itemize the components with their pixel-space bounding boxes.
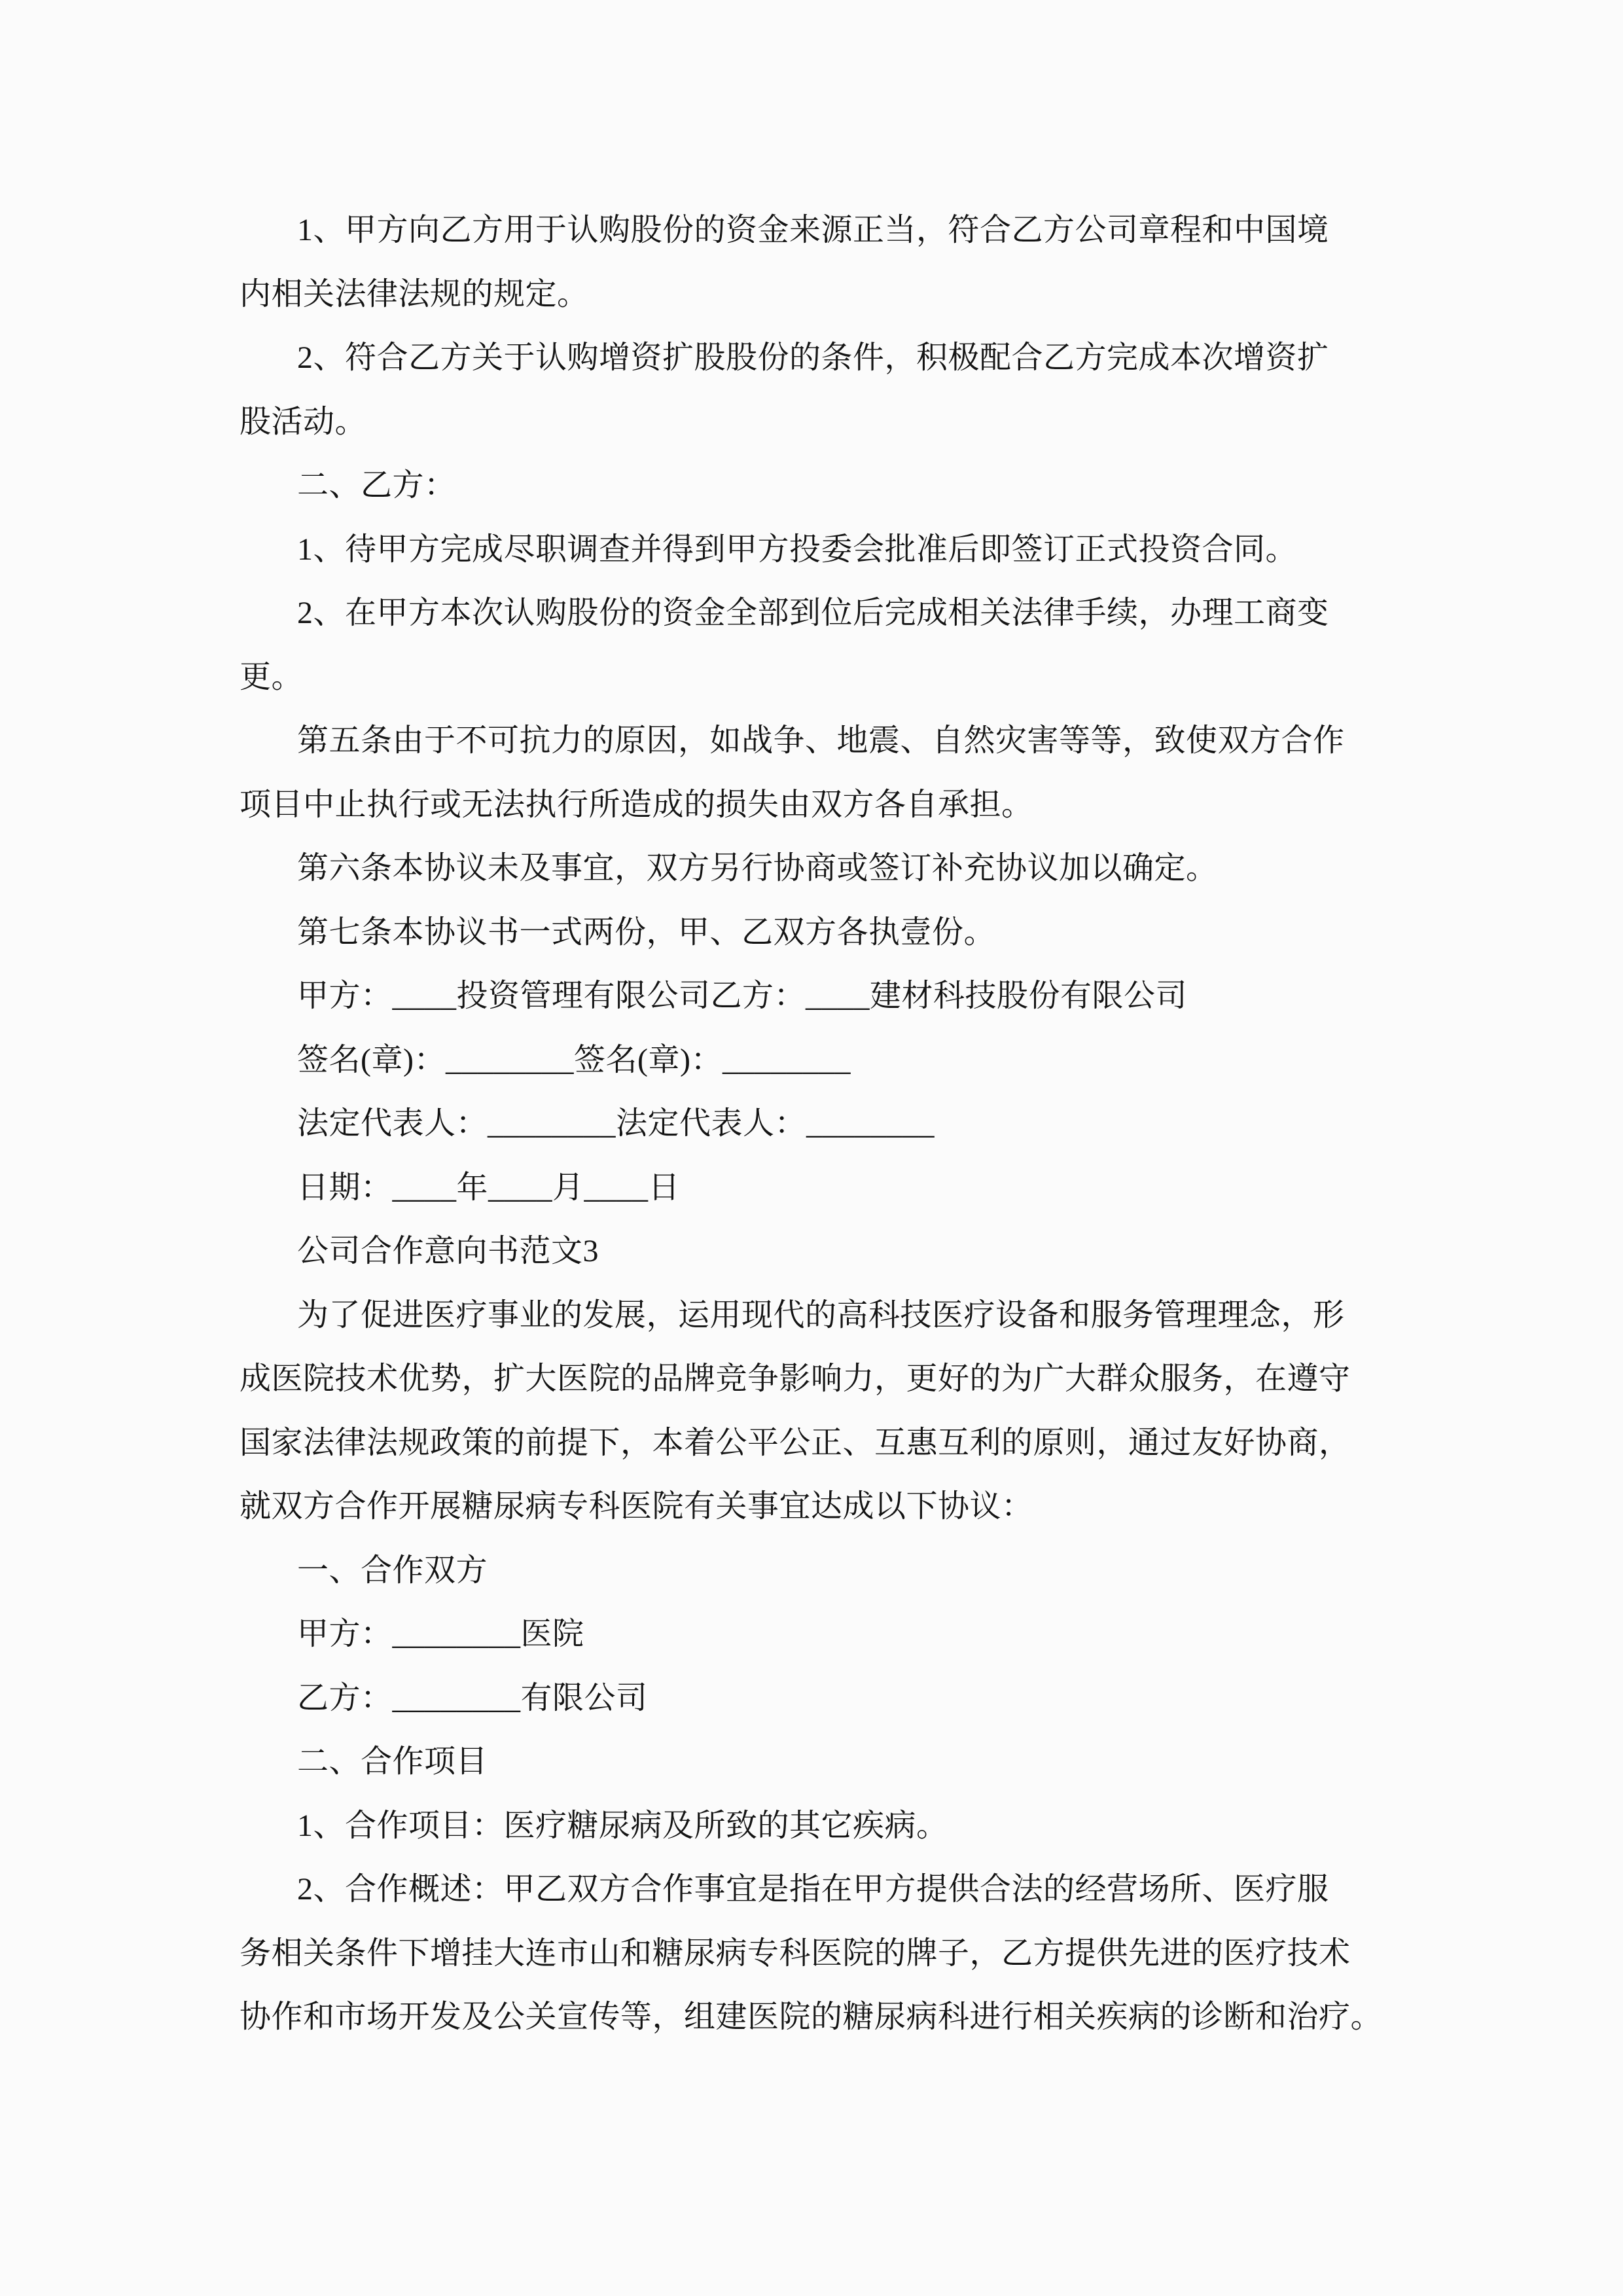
text-line: 股活动。 xyxy=(240,390,1411,454)
text-line: 协作和市场开发及公关宣传等，组建医院的糖尿病科进行相关疾病的诊断和治疗。 xyxy=(240,1985,1411,2049)
document-page: 1、甲方向乙方用于认购股份的资金来源正当，符合乙方公司章程和中国境内相关法律法规… xyxy=(0,0,1623,2296)
text-line: 第六条本协议未及事宜，双方另行协商或签订补充协议加以确定。 xyxy=(240,836,1411,901)
text-line: 甲方：____投资管理有限公司乙方：____建材科技股份有限公司 xyxy=(240,964,1411,1028)
text-line: 2、在甲方本次认购股份的资金全部到位后完成相关法律手续，办理工商变 xyxy=(240,581,1411,645)
text-line: 二、乙方： xyxy=(240,454,1411,518)
text-line: 第七条本协议书一式两份，甲、乙双方各执壹份。 xyxy=(240,901,1411,965)
text-line: 一、合作双方 xyxy=(240,1539,1411,1603)
text-line: 法定代表人：________法定代表人：________ xyxy=(240,1092,1411,1156)
text-line: 公司合作意向书范文3 xyxy=(240,1219,1411,1283)
document-text: 1、甲方向乙方用于认购股份的资金来源正当，符合乙方公司章程和中国境内相关法律法规… xyxy=(240,198,1411,2049)
text-line: 第五条由于不可抗力的原因，如战争、地震、自然灾害等等，致使双方合作 xyxy=(240,709,1411,773)
text-line: 二、合作项目 xyxy=(240,1730,1411,1794)
text-line: 为了促进医疗事业的发展，运用现代的高科技医疗设备和服务管理理念，形 xyxy=(240,1283,1411,1348)
text-line: 国家法律法规政策的前提下，本着公平公正、互惠互利的原则，通过友好协商， xyxy=(240,1411,1411,1475)
text-line: 更。 xyxy=(240,645,1411,709)
text-line: 日期：____年____月____日 xyxy=(240,1156,1411,1220)
text-line: 项目中止执行或无法执行所造成的损失由双方各自承担。 xyxy=(240,773,1411,837)
text-line: 1、待甲方完成尽职调查并得到甲方投委会批准后即签订正式投资合同。 xyxy=(240,518,1411,582)
text-line: 务相关条件下增挂大连市山和糖尿病专科医院的牌子，乙方提供先进的医疗技术 xyxy=(240,1922,1411,1986)
text-line: 签名(章)：________签名(章)：________ xyxy=(240,1028,1411,1092)
text-line: 1、甲方向乙方用于认购股份的资金来源正当，符合乙方公司章程和中国境 xyxy=(240,198,1411,262)
text-line: 2、合作概述：甲乙双方合作事宜是指在甲方提供合法的经营场所、医疗服 xyxy=(240,1857,1411,1922)
text-line: 1、合作项目：医疗糖尿病及所致的其它疾病。 xyxy=(240,1794,1411,1858)
text-line: 内相关法律法规的规定。 xyxy=(240,262,1411,327)
text-line: 乙方：________有限公司 xyxy=(240,1666,1411,1731)
text-line: 甲方：________医院 xyxy=(240,1602,1411,1666)
text-line: 成医院技术优势，扩大医院的品牌竞争影响力，更好的为广大群众服务，在遵守 xyxy=(240,1347,1411,1411)
text-line: 就双方合作开展糖尿病专科医院有关事宜达成以下协议： xyxy=(240,1475,1411,1539)
text-line: 2、符合乙方关于认购增资扩股股份的条件，积极配合乙方完成本次增资扩 xyxy=(240,326,1411,390)
